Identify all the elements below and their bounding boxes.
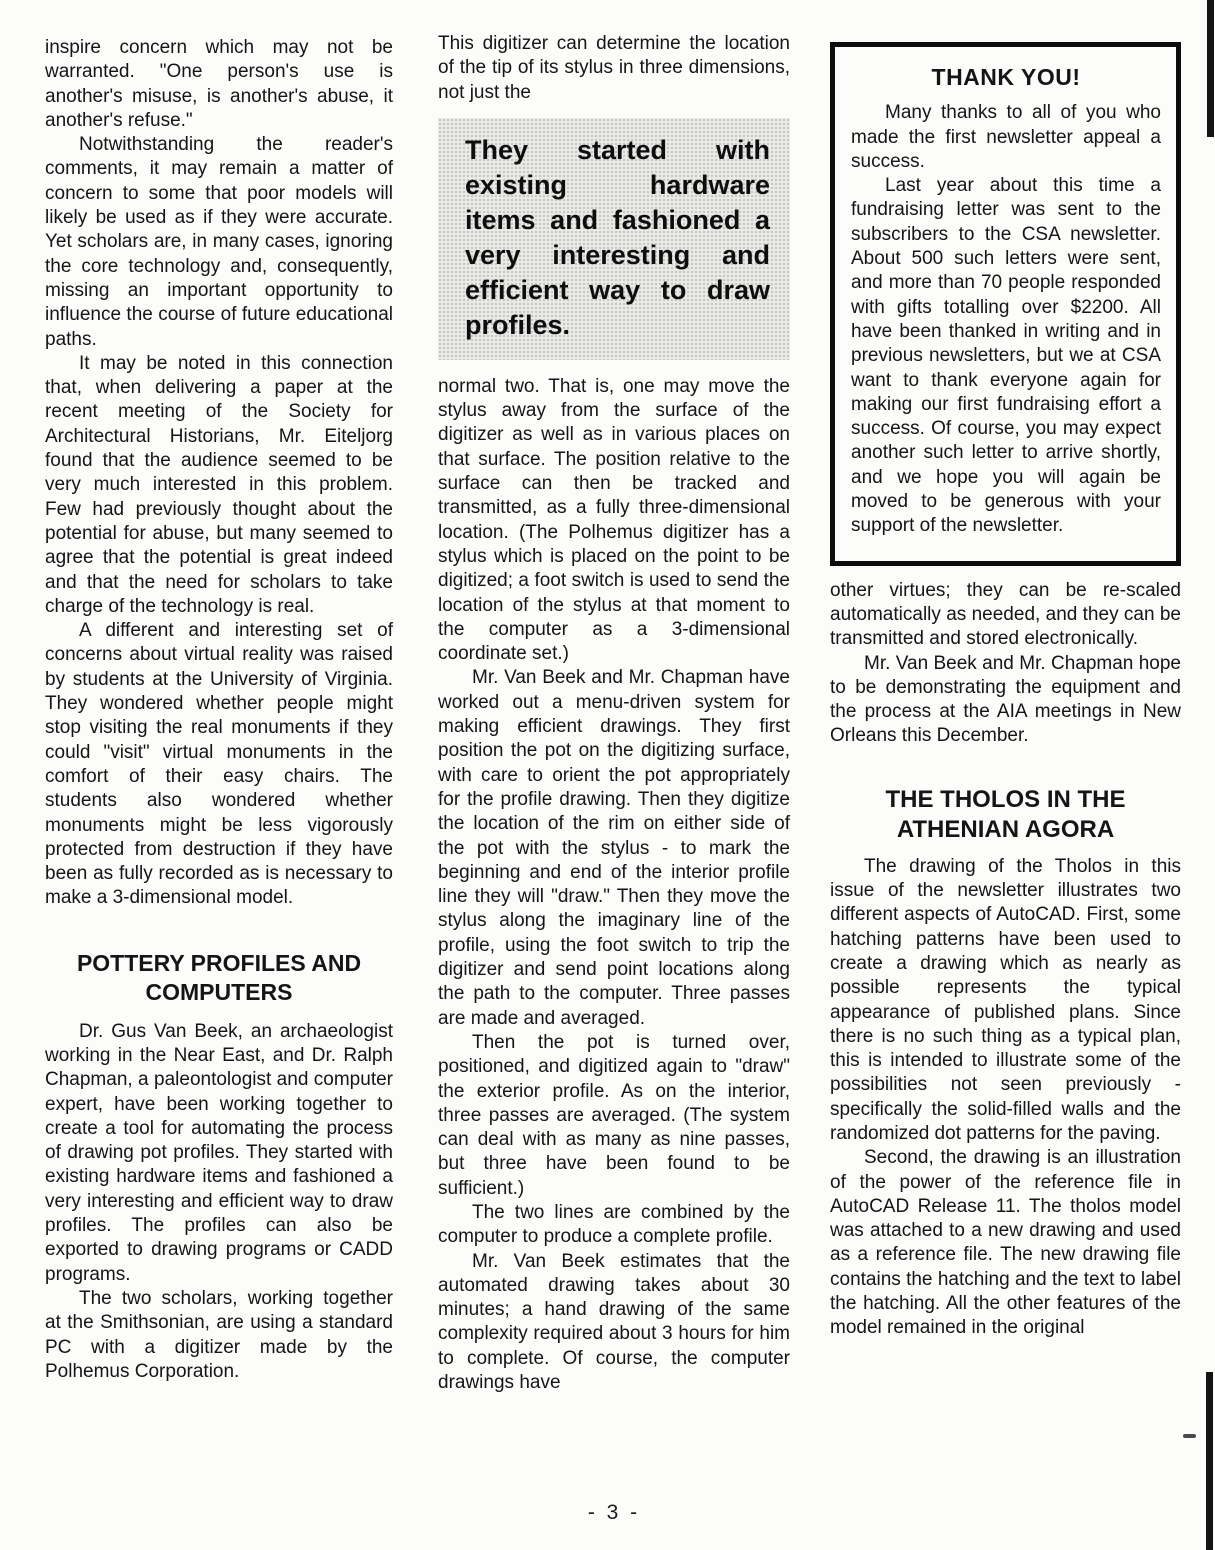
middle-column: This digitizer can determine the locatio… bbox=[438, 32, 790, 1395]
page-number: - 3 - bbox=[438, 1501, 790, 1525]
paragraph: Dr. Gus Van Beek, an archaeologist worki… bbox=[45, 1020, 393, 1287]
section-heading-pottery-profiles: POTTERY PROFILES AND COMPUTERS bbox=[51, 949, 387, 1007]
paragraph: Many thanks to all of you who made the f… bbox=[851, 101, 1161, 174]
scan-artifact-dash bbox=[1183, 1434, 1196, 1438]
paragraph: Last year about this time a fundraising … bbox=[851, 174, 1161, 538]
paragraph: Second, the drawing is an illustration o… bbox=[830, 1146, 1181, 1340]
paragraph: other virtues; they can be re-scaled aut… bbox=[830, 579, 1181, 652]
paragraph: This digitizer can determine the locatio… bbox=[438, 32, 790, 105]
paragraph: inspire concern which may not be warrant… bbox=[45, 36, 393, 133]
paragraph: The two scholars, working together at th… bbox=[45, 1287, 393, 1384]
paragraph: Notwithstanding the reader's comments, i… bbox=[45, 133, 393, 352]
paragraph: Then the pot is turned over, positioned,… bbox=[438, 1031, 790, 1201]
newsletter-page: inspire concern which may not be warrant… bbox=[0, 0, 1215, 1550]
paragraph: The two lines are combined by the comput… bbox=[438, 1201, 790, 1250]
paragraph: A different and interesting set of conce… bbox=[45, 619, 393, 911]
paragraph: Mr. Van Beek and Mr. Chapman hope to be … bbox=[830, 652, 1181, 749]
pull-quote: They started with existing hardware item… bbox=[438, 118, 790, 360]
paragraph: The drawing of the Tholos in this issue … bbox=[830, 855, 1181, 1147]
left-column: inspire concern which may not be warrant… bbox=[45, 36, 393, 1384]
paragraph: normal two. That is, one may move the st… bbox=[438, 375, 790, 667]
thank-you-title: THANK YOU! bbox=[851, 65, 1161, 89]
paragraph: Mr. Van Beek and Mr. Chapman have worked… bbox=[438, 666, 790, 1030]
section-heading-tholos: THE THOLOS IN THE ATHENIAN AGORA bbox=[830, 785, 1181, 845]
scan-artifact-top-right bbox=[1207, 0, 1214, 137]
paragraph: It may be noted in this connection that,… bbox=[45, 352, 393, 619]
scan-artifact-bottom-right bbox=[1206, 1372, 1213, 1550]
right-column: THANK YOU! Many thanks to all of you who… bbox=[830, 42, 1181, 1341]
paragraph: Mr. Van Beek estimates that the automate… bbox=[438, 1250, 790, 1396]
thank-you-box: THANK YOU! Many thanks to all of you who… bbox=[830, 42, 1181, 566]
